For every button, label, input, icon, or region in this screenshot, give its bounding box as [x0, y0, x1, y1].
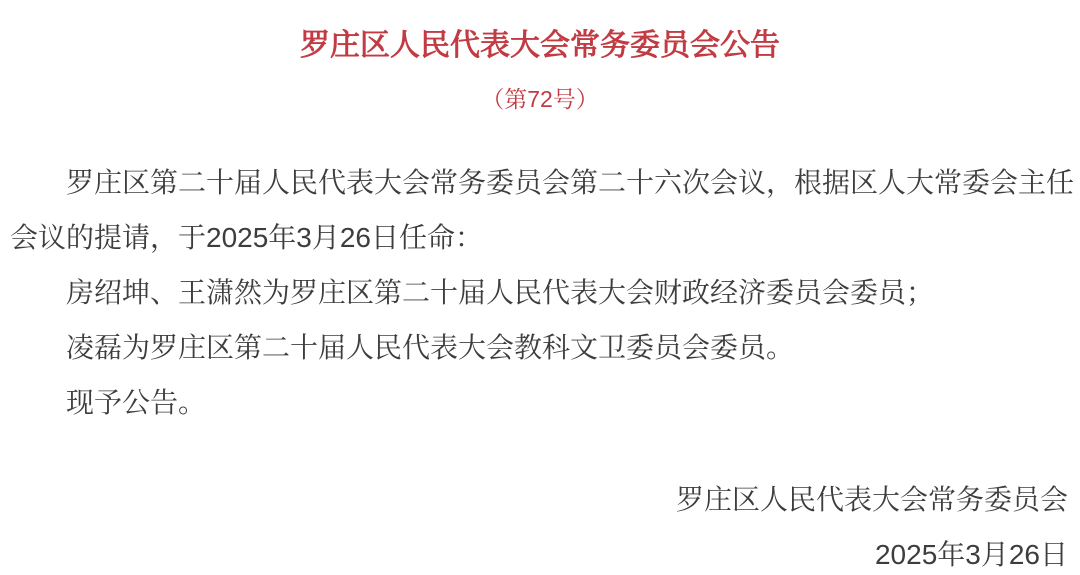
issuing-authority: 罗庄区人民代表大会常务委员会: [0, 472, 1068, 527]
signature-block: 罗庄区人民代表大会常务委员会 2025年3月26日: [0, 472, 1080, 575]
issue-number: （第72号）: [0, 88, 1080, 111]
body-paragraph: 房绍坤、王潇然为罗庄区第二十届人民代表大会财政经济委员会委员；: [10, 265, 1076, 320]
body-paragraph: 罗庄区第二十届人民代表大会常务委员会第二十六次会议，根据区人大常委会主任会议的提…: [10, 155, 1076, 265]
announcement-page: 罗庄区人民代表大会常务委员会公告 （第72号） 罗庄区第二十届人民代表大会常务委…: [0, 0, 1080, 575]
body-paragraph: 凌磊为罗庄区第二十届人民代表大会教科文卫委员会委员。: [10, 320, 1076, 375]
issue-date: 2025年3月26日: [0, 527, 1068, 575]
body-paragraph: 现予公告。: [10, 375, 1076, 430]
announcement-title: 罗庄区人民代表大会常务委员会公告: [0, 0, 1080, 61]
announcement-body: 罗庄区第二十届人民代表大会常务委员会第二十六次会议，根据区人大常委会主任会议的提…: [0, 155, 1080, 430]
